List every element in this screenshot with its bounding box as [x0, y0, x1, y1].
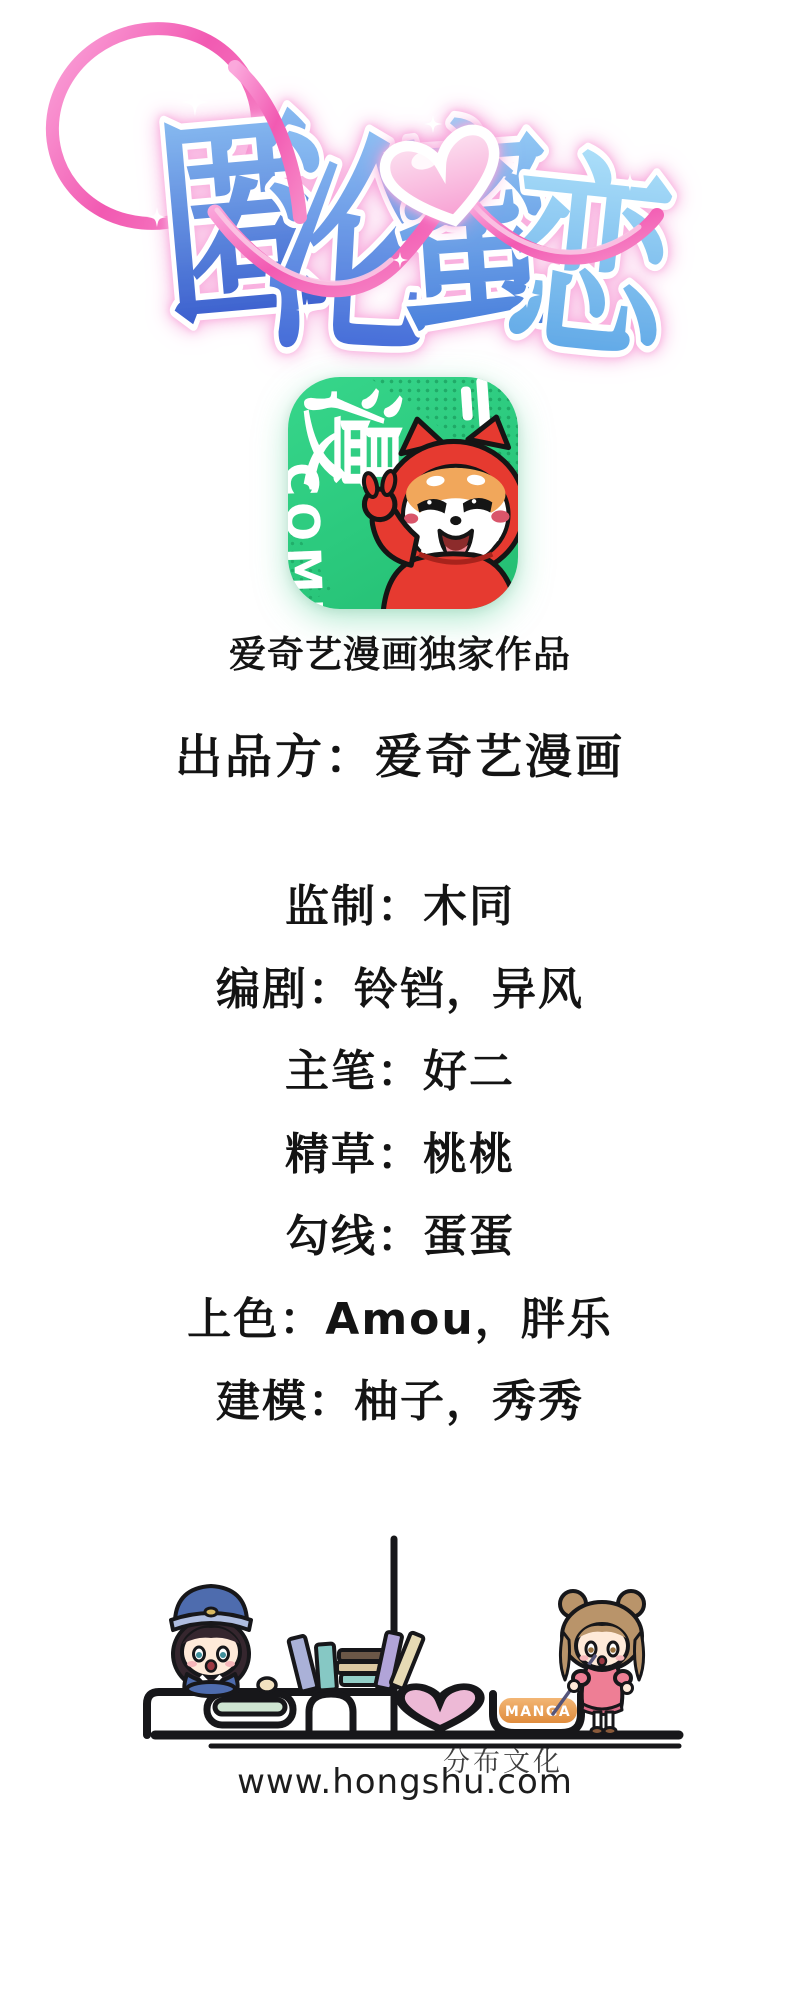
manga-badge: MANGA	[499, 1698, 577, 1723]
credit-line-coloring: 上色：Amou，胖乐	[0, 1279, 800, 1362]
credit-line-lead-artist: 主笔：好二	[0, 1031, 800, 1114]
iqiyi-comics-app-icon: 漫 COMIC	[288, 377, 518, 609]
comic-credits-page: 匿 沦 蜜 恋	[0, 0, 800, 1992]
credit-line-modeling: 建模：柚子，秀秀	[0, 1361, 800, 1444]
footer-heart-icon	[400, 1687, 480, 1729]
boy-chibi-illustration	[171, 1586, 276, 1696]
credit-line-supervisor: 监制：木同	[0, 866, 800, 949]
credit-line-lineart: 勾线：蛋蛋	[0, 1196, 800, 1279]
fenbu-studio-logo: MANGA	[95, 1528, 715, 1758]
producer-line: 出品方：爱奇艺漫画	[0, 720, 800, 787]
credit-line-screenwriter: 编剧：铃铛，异风	[0, 949, 800, 1032]
series-title-logo: 匿 沦 蜜 恋	[45, 12, 685, 342]
bookshelf-illustration	[288, 1632, 424, 1692]
credit-line-draft: 精草：桃桃	[0, 1114, 800, 1197]
studio-url: www.hongshu.com	[237, 1762, 573, 1802]
fenbu-logo-art: MANGA	[95, 1528, 715, 1758]
credits-list: 监制：木同 编剧：铃铛，异风 主笔：好二 精草：桃桃 勾线：蛋蛋 上色：Amou…	[0, 866, 800, 1444]
svg-text:MANGA: MANGA	[505, 1704, 571, 1720]
exclusive-work-line: 爱奇艺漫画独家作品	[0, 624, 800, 678]
shiba-mascot-illustration	[348, 411, 518, 609]
title-logo-art: 匿 沦 蜜 恋	[45, 12, 685, 342]
